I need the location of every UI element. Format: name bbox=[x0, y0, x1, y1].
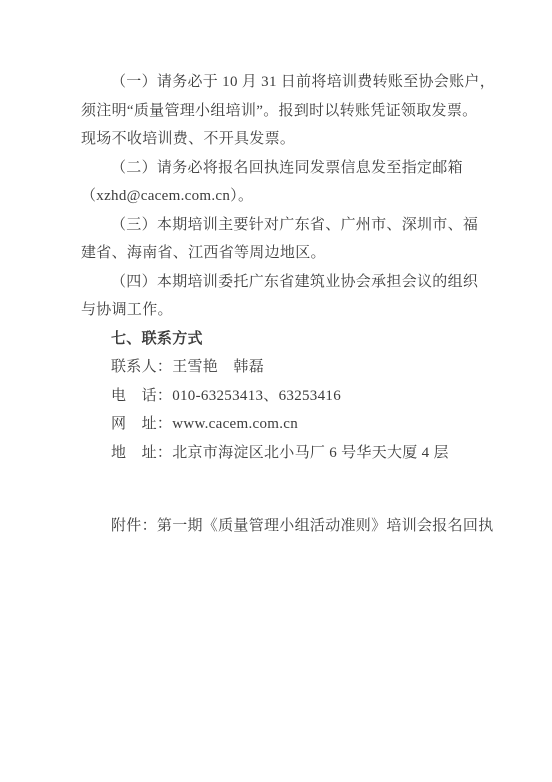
note-2-email-line: （xzhd@cacem.com.cn）。 bbox=[81, 182, 512, 211]
contact-person-line: 联系人：王雪艳 韩磊 bbox=[81, 353, 512, 382]
note-4-line-1: （四）本期培训委托广东省建筑业协会承担会议的组织 bbox=[81, 268, 512, 297]
note-2-line-1: （二）请务必将报名回执连同发票信息发至指定邮箱 bbox=[81, 154, 512, 183]
note-1-line-3: 现场不收培训费、不开具发票。 bbox=[81, 125, 512, 154]
note-1-line-1: （一）请务必于 10 月 31 日前将培训费转账至协会账户， bbox=[81, 68, 512, 97]
document-page: （一）请务必于 10 月 31 日前将培训费转账至协会账户， 须注明“质量管理小… bbox=[0, 0, 552, 782]
note-3-line-2: 建省、海南省、江西省等周边地区。 bbox=[81, 239, 512, 268]
attachment-line: 附件：第一期《质量管理小组活动准则》培训会报名回执 bbox=[81, 512, 512, 541]
contact-website-line: 网 址：www.cacem.com.cn bbox=[81, 410, 512, 439]
note-4-line-2: 与协调工作。 bbox=[81, 296, 512, 325]
contact-section-heading: 七、联系方式 bbox=[81, 325, 512, 354]
contact-address-line: 地 址：北京市海淀区北小马厂 6 号华天大厦 4 层 bbox=[81, 439, 512, 468]
note-1-line-2: 须注明“质量管理小组培训”。报到时以转账凭证领取发票。 bbox=[81, 97, 512, 126]
contact-phone-line: 电 话：010-63253413、63253416 bbox=[81, 382, 512, 411]
note-3-line-1: （三）本期培训主要针对广东省、广州市、深圳市、福 bbox=[81, 211, 512, 240]
